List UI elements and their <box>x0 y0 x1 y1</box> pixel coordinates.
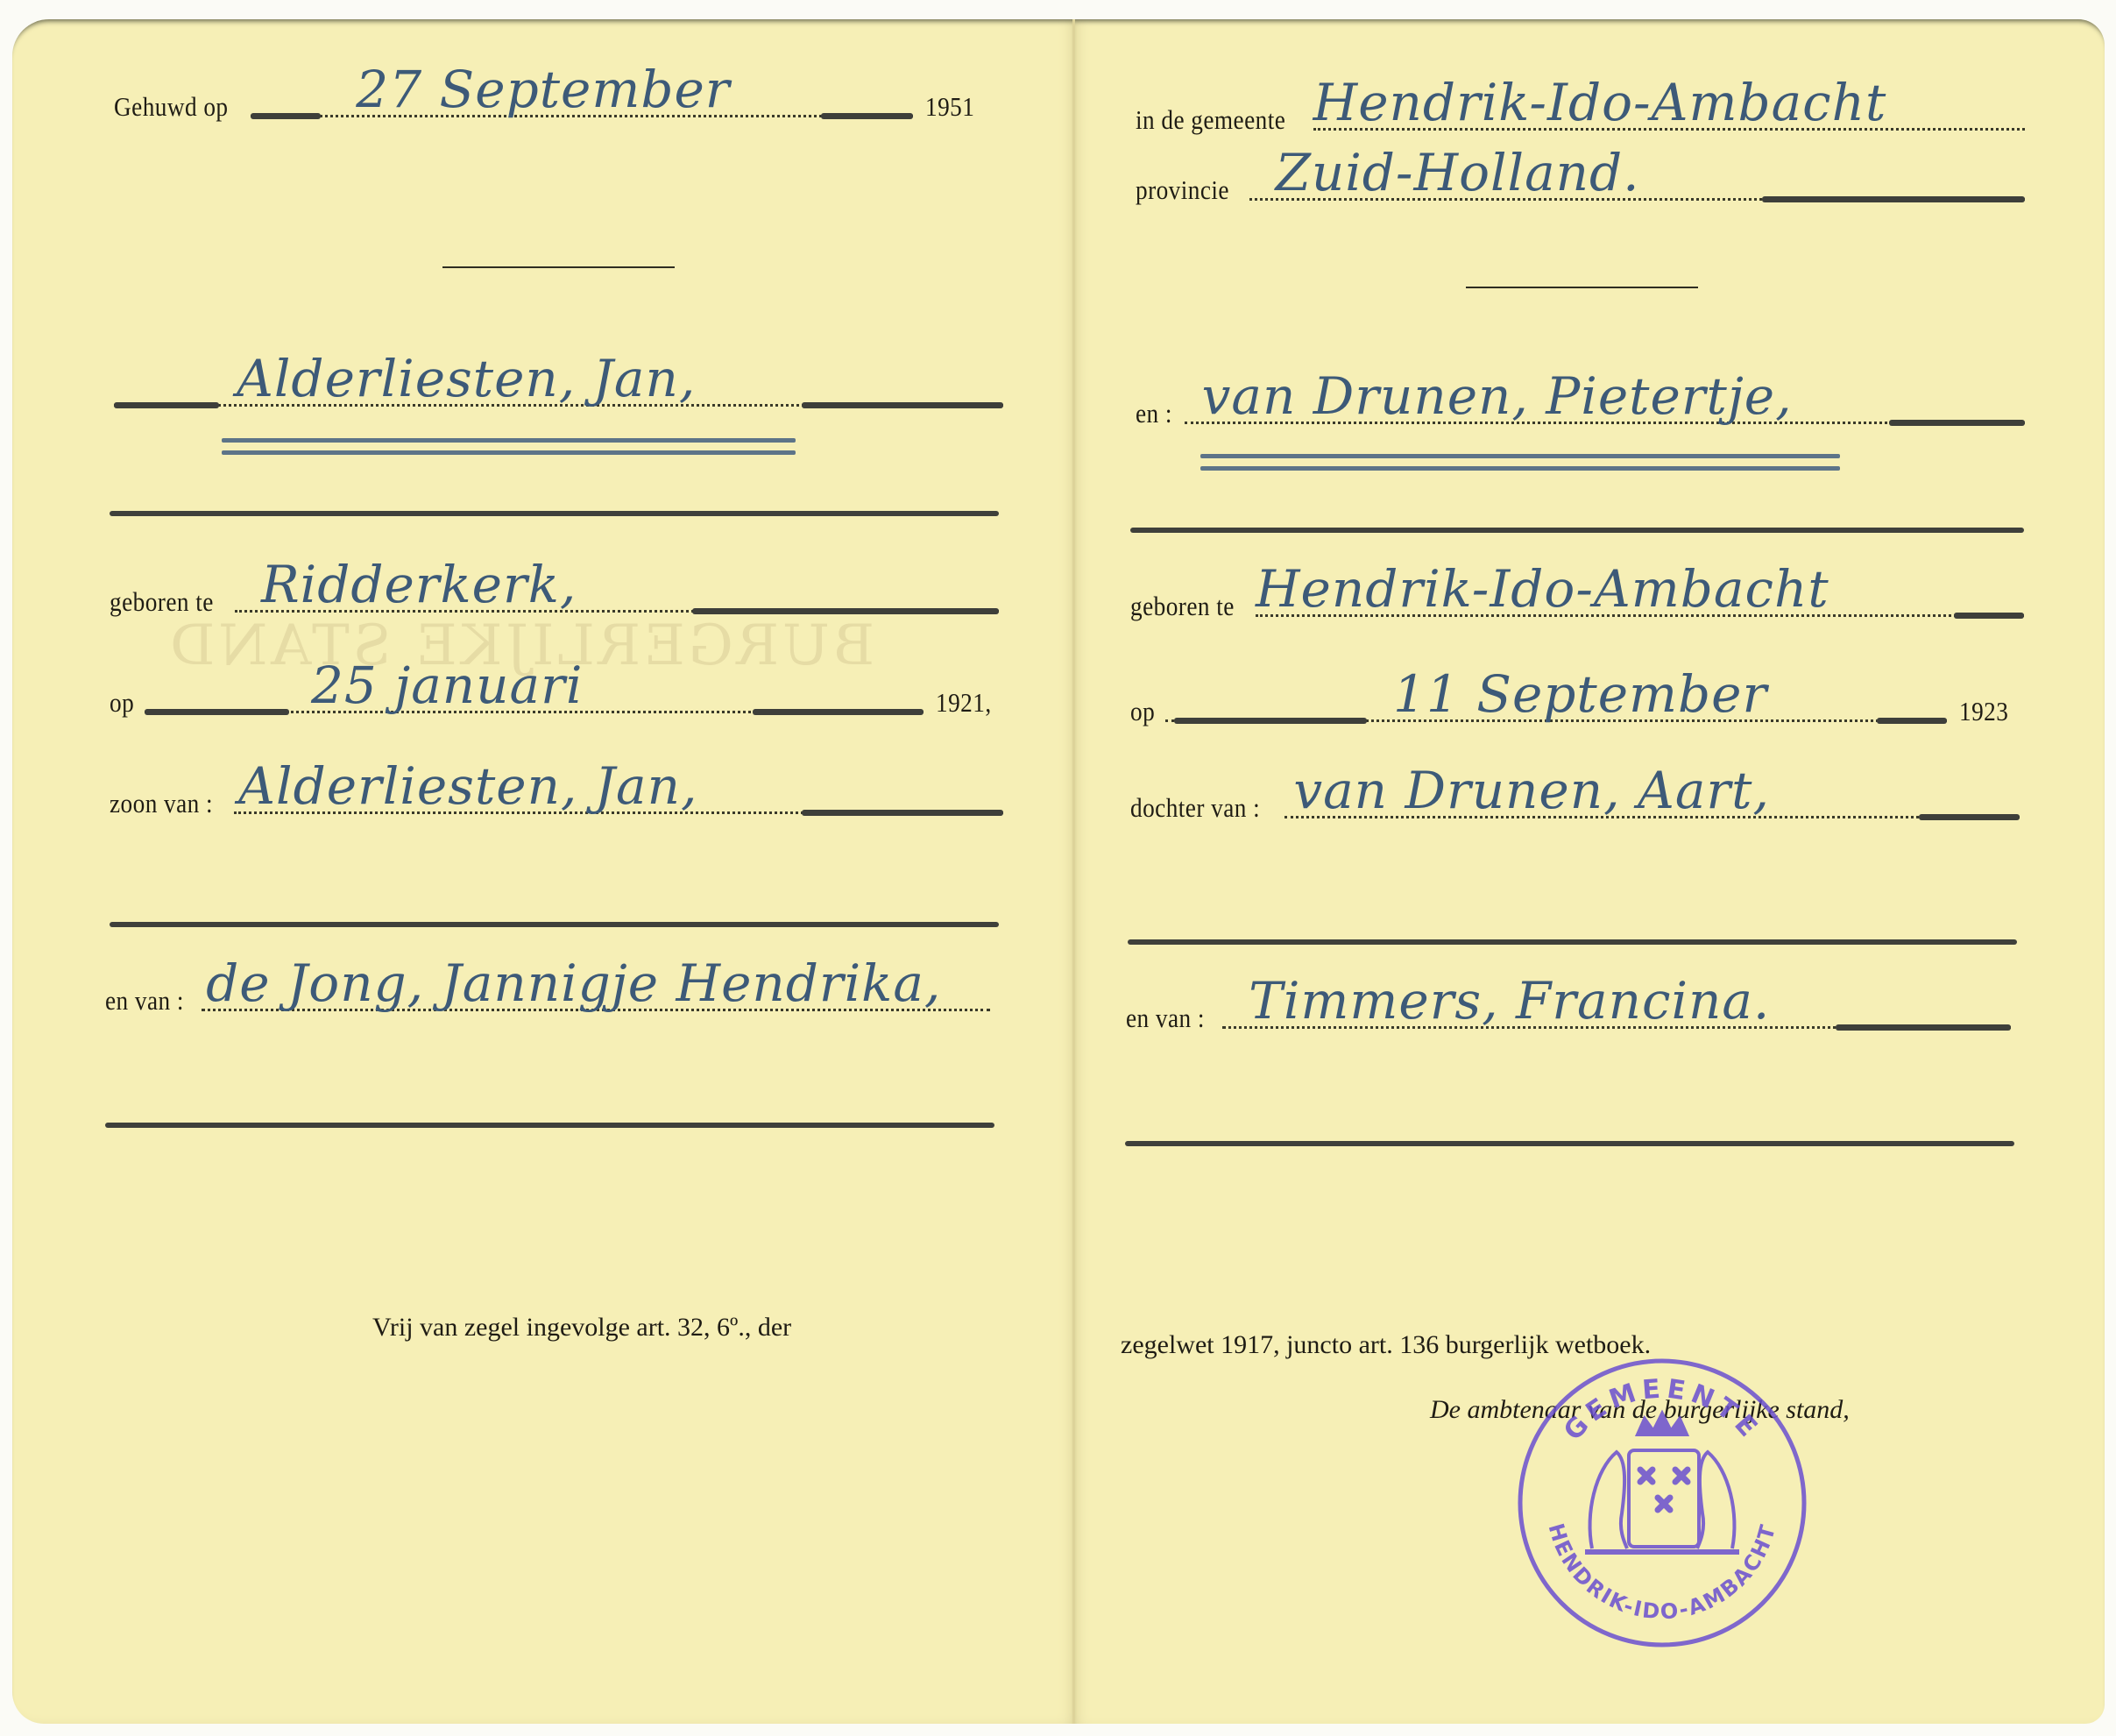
born-at-field: Ridderkerk, <box>235 583 999 618</box>
born-at-field: Hendrik-Ido-Ambacht <box>1256 587 2024 622</box>
province-field: Zuid-Holland. <box>1249 171 2025 206</box>
groom-birthplace-row: geboren te Ridderkerk, <box>110 583 999 618</box>
married-label: Gehuwd op <box>114 91 229 123</box>
stamp-exemption-text: Vrij van zegel ingevolge art. 32, 6º., d… <box>372 1313 791 1343</box>
married-row: Gehuwd op 27 September 1951 <box>114 88 981 123</box>
daughter-of-field: van Drunen, Aart, <box>1284 789 2020 824</box>
and-of-field: de Jong, Jannigje Hendrika, <box>202 981 990 1017</box>
son-of-label: zoon van : <box>110 788 213 819</box>
municipality-field: Hendrik-Ido-Ambacht <box>1313 101 2025 136</box>
born-at-value: Hendrik-Ido-Ambacht <box>1256 559 1829 619</box>
born-at-value: Ridderkerk, <box>261 555 577 614</box>
province-value: Zuid-Holland. <box>1276 143 1640 202</box>
born-on-label: op <box>1130 696 1155 727</box>
daughter-of-value: van Drunen, Aart, <box>1293 761 1770 820</box>
daughter-of-label: dochter van : <box>1130 792 1260 824</box>
born-on-field: 11 September <box>1165 692 1947 727</box>
municipality-row: in de gemeente Hendrik-Ido-Ambacht <box>1136 101 2025 136</box>
groom-underline <box>222 438 796 443</box>
married-date-field: 27 September <box>251 88 913 123</box>
and-of-label: en van : <box>1126 1003 1205 1034</box>
groom-name-value: Alderliesten, Jan, <box>237 349 696 408</box>
separator-rule <box>1125 1141 2014 1146</box>
separator-rule <box>1130 528 2024 533</box>
son-of-field: Alderliesten, Jan, <box>234 784 1003 819</box>
bride-field: van Drunen, Pietertje, <box>1185 394 2025 429</box>
born-on-value: 25 januari <box>311 655 583 715</box>
bride-underline <box>1200 454 1840 458</box>
born-on-value: 11 September <box>1393 664 1767 724</box>
mother-row: en van : de Jong, Jannigje Hendrika, <box>105 981 990 1017</box>
separator-rule <box>105 1123 994 1128</box>
born-at-label: geboren te <box>110 586 214 618</box>
and-of-field: Timmers, Francina. <box>1222 999 2011 1034</box>
groom-birthdate-row: op 25 januari 1921, <box>110 684 999 719</box>
municipality-value: Hendrik-Ido-Ambacht <box>1313 73 1887 132</box>
groom-name-field: Alderliesten, Jan, <box>114 377 1003 412</box>
left-page <box>12 19 1074 1724</box>
born-on-field: 25 januari <box>145 684 924 719</box>
son-of-row: zoon van : Alderliesten, Jan, <box>110 784 1003 819</box>
born-at-label: geboren te <box>1130 591 1235 622</box>
bride-mother-row: en van : Timmers, Francina. <box>1126 999 2011 1034</box>
stamp-bottom-text: HENDRIK-IDO-AMBACHT <box>1543 1520 1780 1624</box>
groom-underline <box>222 450 796 455</box>
born-on-label: op <box>110 687 134 719</box>
divider <box>442 266 675 268</box>
groom-row: Alderliesten, Jan, <box>114 377 1003 412</box>
married-date-value: 27 September <box>356 60 730 119</box>
born-on-year: 1921, <box>936 687 992 719</box>
bride-row: en : van Drunen, Pietertje, <box>1136 394 2025 429</box>
bride-birthplace-row: geboren te Hendrik-Ido-Ambacht <box>1130 587 2024 622</box>
and-of-value: Timmers, Francina. <box>1249 971 1770 1031</box>
bride-label: en : <box>1136 398 1172 429</box>
separator-rule <box>1128 939 2017 945</box>
svg-text:HENDRIK-IDO-AMBACHT: HENDRIK-IDO-AMBACHT <box>1543 1520 1780 1624</box>
municipal-seal-stamp: GEMEENTE HENDRIK-IDO-AMBACHT <box>1515 1356 1809 1650</box>
married-year: 1951 <box>925 91 974 123</box>
separator-rule <box>110 922 999 927</box>
and-of-value: de Jong, Jannigje Hendrika, <box>206 953 941 1013</box>
booklet-gutter <box>1072 19 1075 1724</box>
bride-underline <box>1200 466 1840 471</box>
born-on-year: 1923 <box>1959 696 2008 727</box>
coat-of-arms-icon <box>1585 1414 1739 1552</box>
bride-value: van Drunen, Pietertje, <box>1202 366 1793 426</box>
son-of-value: Alderliesten, Jan, <box>238 756 697 816</box>
municipality-label: in de gemeente <box>1136 104 1285 136</box>
and-of-label: en van : <box>105 985 184 1017</box>
separator-rule <box>110 511 999 516</box>
divider <box>1466 287 1698 288</box>
bride-birthdate-row: op 11 September 1923 <box>1130 692 2015 727</box>
daughter-of-row: dochter van : van Drunen, Aart, <box>1130 789 2020 824</box>
province-label: provincie <box>1136 174 1229 206</box>
province-row: provincie Zuid-Holland. <box>1136 171 2025 206</box>
